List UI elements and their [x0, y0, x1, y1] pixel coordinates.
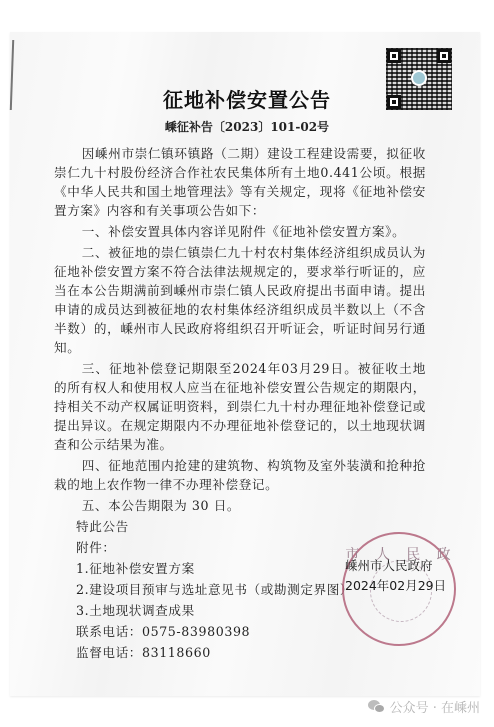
document-number: 嵊征补告〔2023〕101-02号 [0, 118, 494, 135]
signature-block: 嵊州市人民政府 2024年02月29日 [345, 556, 465, 596]
clause-3: 三、征地补偿登记期限至2024年03月29日。被征收土地的所有权人和使用权人应当… [54, 359, 426, 454]
qr-finder-pattern [387, 49, 401, 63]
clause-4: 四、征地范围内抢建的建筑物、构筑物及室外装潢和抢种抢栽的地上农作物一律不办理补偿… [54, 456, 426, 494]
issuer-name: 嵊州市人民政府 [345, 556, 465, 576]
clause-1: 一、补偿安置具体内容详见附件《征地补偿安置方案》。 [54, 222, 426, 241]
document-title: 征地补偿安置公告 [0, 84, 494, 113]
wechat-icon [368, 700, 386, 714]
closing-text: 特此公告 [54, 517, 426, 536]
intro-paragraph: 因嵊州市崇仁镇环镇路（二期）建设工程建设需要，拟征收崇仁九十村股份经济合作社农民… [54, 144, 426, 220]
issue-date: 2024年02月29日 [345, 576, 465, 596]
clause-2: 二、被征地的崇仁镇崇仁九十村农村集体经济组织成员认为征地补偿安置方案不符合法律法… [54, 243, 426, 357]
clause-5: 五、本公告期限为 30 日。 [54, 496, 426, 515]
source-watermark: 公众号 · 在嵊州 [368, 697, 480, 716]
qr-finder-pattern [437, 49, 451, 63]
watermark-text: 公众号 · 在嵊州 [390, 697, 480, 716]
supervision-phone: 监督电话：83118660 [54, 643, 426, 662]
